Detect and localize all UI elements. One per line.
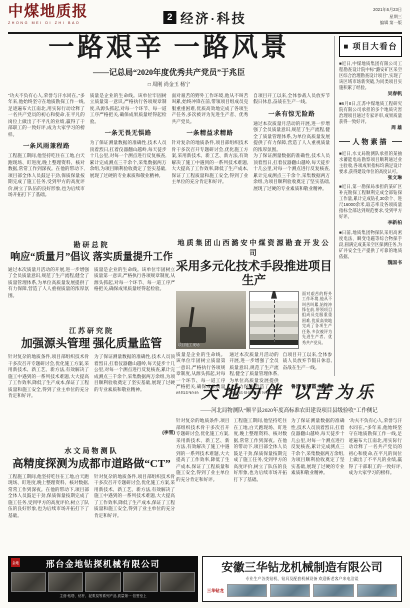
body-paragraph: 为了保证测量数据的准确性,技术人员顶着烈日,扛着仪器翻山越岭,每天徒步十几公里,… (253, 153, 330, 192)
body-paragraph: 自项目开工以来,全体参战人员放弃节假日休息,奋战在生产一线。 (253, 93, 330, 106)
sidebar-news-item: ■近日,中煤地质集团有限公司工程勘查设计院中标“潞安矿区采空区综合治理勘查设计项… (339, 61, 402, 99)
lead-column-3: 面对艰苦的野外工作环境,他从不叫苦叫累,始终冲锋在前,带领项目组成员克服重重困难… (172, 93, 249, 235)
product-photo (85, 572, 120, 592)
drill-mast-shape (188, 306, 194, 328)
article-headline: 响应“质量月”倡议 落实质量提升工作 (8, 252, 175, 264)
lead-subhead-4: 一条有惊无险路 (253, 109, 330, 118)
borehole-line (274, 300, 275, 342)
sidebar-news-item: ■近日,第一勘探局承担的某矿区补充勘探工程顺利完成全部钻探工作量,累计完成钻孔3… (339, 184, 402, 228)
article-quality-month: 勘研总院 响应“质量月”倡议 落实质量提升工作 通过本次质量月活动的开展,进一步… (8, 240, 175, 319)
news-item-text: ■6月8日,江苏中煤地质工程研究院有限公司承担的多个地质灾害治理项目通过专家评审… (339, 101, 402, 124)
product-photo (11, 572, 46, 592)
product-photo (48, 572, 83, 592)
sidebar-news-item: ■近日,水文局勘测队承担的某抽水蓄能电站勘察项目顺利通过业主验收,各项成果指标均… (339, 151, 402, 183)
body-paragraph: 工程施工期间,他坚持吃住在工地,白天跑现场、盯进度,晚上整理资料、核对数据,常常… (8, 153, 85, 199)
article-kicker: 地质集团山西潞安中煤资源勘查开发公司 (176, 238, 332, 258)
lead-subhead-2: 一条无畏无惧路 (90, 128, 167, 137)
product-photo (160, 572, 195, 592)
article-tiandi: 天地为伴 以苦为乐 ——河北局物测队“顺平县2020年度高标准农田建设项目县级验… (176, 378, 402, 554)
ad-anhui-sanhua: 安徽三华钻龙机械制造有限公司 专业生产各类钻机、钻具及配套机械设备 欢迎新老客户… (202, 556, 402, 602)
sidebar-title-box: ■ 项目大看台 (339, 36, 402, 57)
newspaper-logo: 中煤地质报 ZHONG MEI DI ZHI BAO (8, 5, 88, 25)
news-item-text: ■日前,地质集团物探队采用高密度电法、瞬变电磁等综合物探手段,圆满完成某采空区探… (339, 230, 402, 259)
newspaper-name-pinyin: ZHONG MEI DI ZHI BAO (8, 21, 88, 25)
lead-column-1: “功夫不负有心人,荣誉与汗水同在。”多年来,他始终坚守在地质勘探工作一线,足迹遍… (8, 93, 85, 235)
news-item-text: ■近日,中煤地质集团有限公司工程勘查设计院中标“潞安矿区采空区综合治理勘查设计项… (339, 61, 402, 90)
article-headline: 加强源头管理 强化质量监管 (8, 338, 175, 351)
lead-headline: 一路艰辛 一路风景 (8, 34, 330, 63)
ad-company-name: 安徽三华钻龙机械制造有限公司 (207, 559, 397, 575)
article-headline: 高精度探测为成都市道路做“CT” (8, 458, 175, 471)
masthead-center: 2 经济·科技 (163, 8, 246, 27)
article-chengdu-ct: 水文局物测队 高精度探测为成都市道路做“CT” 工程施工期间,他坚持吃住在工地,… (8, 446, 175, 548)
body-column: 工程施工期间,他坚持吃住在工地,白天跑现场、盯进度,晚上整理资料、核对数据,常常… (234, 418, 288, 554)
lead-subhead-1: 一条风雨兼程路 (8, 141, 85, 150)
figure-side-column: 面对艰苦的野外工作环境,他从不叫苦叫累,始终冲锋在前,带领项目组成员克服重重困难… (302, 291, 332, 349)
geology-cross-section-diagram (249, 291, 299, 349)
body-column: 针对复杂的地质条件,项目部组织技术骨干多次召开专题研讨会,优化施工方案,采用新技… (8, 354, 89, 438)
news-item-text: ■近日,水文局勘测队承担的某抽水蓄能电站勘察项目顺利通过业主验收,各项成果指标均… (339, 151, 402, 174)
ad-product-photos (11, 572, 195, 592)
body-paragraph: 为了保证测量数据的准确性,技术人员顶着烈日,扛着仪器翻山越岭,每天徒步十几公里,… (94, 354, 175, 428)
body-column: 为了保证测量数据的准确性,技术人员顶着烈日,扛着仪器翻山越岭,每天徒步十几公里,… (291, 418, 345, 554)
ad-company-name: 邢台金地钻探机械有限公司 (11, 558, 195, 570)
article-body: 针对复杂的地质条件,项目部组织技术骨干多次召开专题研讨会,优化施工方案,采用新技… (176, 418, 402, 554)
body-paragraph: 为了保证测量数据的准确性,技术人员顶着烈日,扛着仪器翻山越岭,每天徒步十几公里,… (90, 140, 167, 179)
news-item-author: 魏国书 (339, 261, 402, 268)
article-body: 针对复杂的地质条件,项目部组织技术骨干多次召开专题研讨会,优化施工方案,采用新技… (8, 354, 175, 438)
body-column: 通过本次质量月活动的开展,进一步增强了全员质量意识,规范了生产流程,健全了质量管… (8, 267, 89, 319)
lead-column-2: 质量是企业的生命线。该单位牢固树立质量第一意识,严格执行各项规章制度,从源头抓起… (90, 93, 167, 235)
ad-logo-badge: 金地 (11, 558, 20, 567)
news-item-author: 吴春帆 (339, 92, 402, 99)
body-column: 为了保证测量数据的准确性,技术人员顶着烈日,扛着仪器翻山越岭,每天徒步十几公里,… (94, 354, 175, 438)
news-item-author: 周 雄 (339, 126, 402, 133)
article-kicker: 江苏研究院 (8, 326, 175, 336)
photo-caption: 项目施工现场 (178, 343, 200, 348)
masthead-dateline: 2021年6月23日 星期三 编辑 第一版 (373, 7, 402, 27)
body-paragraph: 面对艰苦的野外工作环境,他从不叫苦叫累,始终冲锋在前,带领项目组成员克服重重困难… (172, 93, 249, 126)
newspaper-name: 中煤地质报 (8, 5, 88, 21)
product-photo (227, 584, 267, 597)
sidebar-news-item: ■6月8日,江苏中煤地质工程研究院有限公司承担的多个地质灾害治理项目通过专家评审… (339, 101, 402, 133)
article-kicker: 勘研总院 (8, 240, 175, 250)
article-headline: 采用多元化技术手段推进项目生产 (176, 260, 332, 288)
news-item-author: 李新柏 (339, 221, 402, 228)
article-body: 工程施工期间,他坚持吃住在工地,白天跑现场、盯进度,晚上整理资料、核对数据,常常… (8, 474, 175, 548)
ad-xingtai-jindi: 金地 邢台金地钻探机械有限公司 主营:钻塔、钻杆、泥浆泵等系列产品 质量第一 信… (8, 556, 198, 602)
masthead: 中煤地质报 ZHONG MEI DI ZHI BAO 2 经济·科技 2021年… (8, 5, 402, 34)
ad-contact-line: 主营:钻塔、钻杆、泥浆泵等系列产品 质量第一 信誉至上 (11, 594, 195, 599)
lead-subhead-3: 一条精益求精路 (172, 128, 249, 137)
article-byline: (李雪) (94, 429, 175, 436)
body-column: 针对复杂的地质条件,项目部组织技术骨干多次召开专题研讨会,优化施工方案,采用新技… (94, 474, 175, 548)
body-paragraph: “功夫不负有心人,荣誉与汗水同在。”多年来,他始终坚守在地质勘探工作一线,足迹遍… (8, 93, 85, 139)
body-paragraph: 通过本次质量月活动的开展,进一步增强了全员质量意识,规范了生产流程,健全了质量管… (253, 121, 330, 154)
article-kicker: 水文局物测队 (8, 446, 175, 456)
article-headline: 天地为伴 以苦为乐 (176, 378, 402, 403)
sidebar-news-item: ■日前,地质集团物探队采用高密度电法、瞬变电磁等综合物探手段,圆满完成某采空区探… (339, 230, 402, 268)
lead-article: 一路艰辛 一路风景 ——记总局“2020年度优秀共产党员”于兆臣 □ 周刚 尚金… (8, 34, 330, 235)
article-jiangsu-quality: 江苏研究院 加强源头管理 强化质量监管 针对复杂的地质条件,项目部组织技术骨干多… (8, 326, 175, 438)
page-number-badge: 2 (163, 11, 176, 24)
article-figures: 项目施工现场 面对艰苦的野外工作环境,他从不叫苦叫累,始终冲锋在前,带领项目组成… (176, 291, 332, 349)
drill-machine-shape (180, 327, 206, 343)
lead-subtitle: ——记总局“2020年度优秀共产党员”于兆臣 (8, 67, 330, 78)
ad-brand-text: 三华钻龙 (207, 588, 224, 594)
lead-byline: □ 周刚 尚金玉 杨宁 (8, 81, 330, 88)
article-luan-production: 地质集团山西潞安中煤资源勘查开发公司 采用多元化技术手段推进项目生产 项目施工现… (176, 238, 332, 394)
article-subtitle: ——河北局物测队“顺平县2020年度高标准农田建设项目县级验收”工作侧记 (176, 406, 402, 414)
product-photo (123, 572, 158, 592)
sidebar-project-showcase: ■ 项目大看台 ■近日,中煤地质集团有限公司工程勘查设计院中标“潞安矿区采空区综… (334, 36, 402, 376)
body-paragraph: 针对复杂的地质条件,项目部组织技术骨干多次召开专题研讨会,优化施工方案,采用新技… (172, 140, 249, 186)
news-item-author: 张文琳 (339, 176, 402, 183)
sidebar-section-divider: 人物素描 (339, 137, 402, 147)
section-title: 经济·科技 (180, 8, 246, 27)
product-photo (357, 584, 397, 597)
ad-tagline: 专业生产各类钻机、钻具及配套机械设备 欢迎新老客户来电洽谈 (207, 576, 397, 582)
date-line: 2021年6月23日 (373, 7, 402, 14)
ad-product-row: 三华钻龙 (207, 584, 397, 597)
newspaper-page: 中煤地质报 ZHONG MEI DI ZHI BAO 2 经济·科技 2021年… (0, 0, 410, 608)
article-body: 通过本次质量月活动的开展,进一步增强了全员质量意识,规范了生产流程,健全了质量管… (8, 267, 175, 319)
body-paragraph: 质量是企业的生命线。该单位牢固树立质量第一意识,严格执行各项规章制度,从源头抓起… (90, 93, 167, 126)
product-photo (313, 584, 353, 597)
product-photo (270, 584, 310, 597)
body-column: 质量是企业的生命线。该单位牢固树立质量第一意识,严格执行各项规章制度,从源头抓起… (94, 267, 175, 319)
field-photo: 项目施工现场 (176, 291, 246, 349)
body-column: “功夫不负有心人,荣誉与汗水同在。”多年来,他始终坚守在地质勘探工作一线,足迹遍… (349, 418, 403, 554)
body-column: 针对复杂的地质条件,项目部组织技术骨干多次召开专题研讨会,优化施工方案,采用新技… (176, 418, 230, 554)
news-item-text: ■近日,第一勘探局承担的某矿区补充勘探工程顺利完成全部钻探工作量,累计完成钻孔3… (339, 184, 402, 219)
editor-line: 编辑 第一版 (373, 20, 402, 27)
lead-body: “功夫不负有心人,荣誉与汗水同在。”多年来,他始终坚守在地质勘探工作一线,足迹遍… (8, 93, 330, 235)
lead-column-4: 自项目开工以来,全体参战人员放弃节假日休息,奋战在生产一线。 一条有惊无险路 通… (253, 93, 330, 235)
body-column: 工程施工期间,他坚持吃住在工地,白天跑现场、盯进度,晚上整理资料、核对数据,常常… (8, 474, 89, 548)
